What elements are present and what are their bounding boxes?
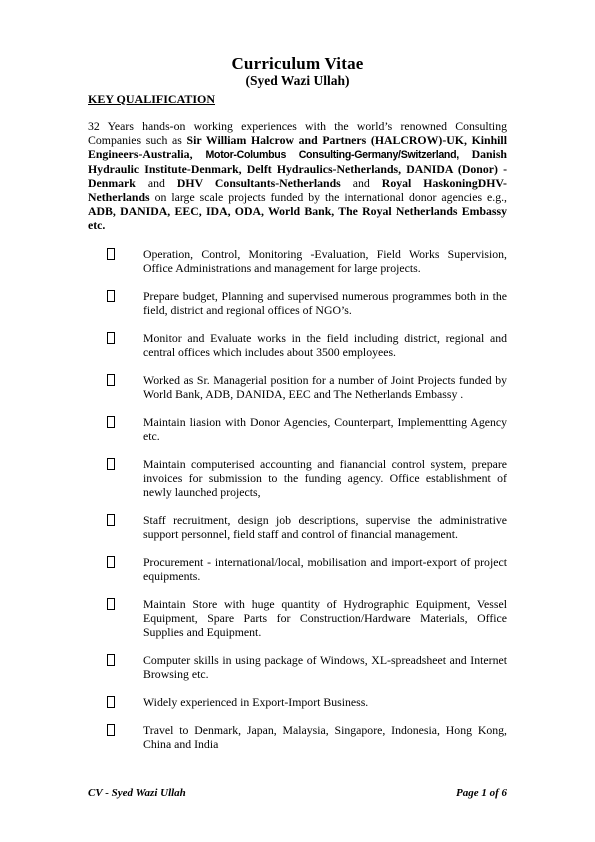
bullet-box-icon (107, 556, 115, 568)
intro-segment: Motor-Columbus Consulting-Germany/Switze… (206, 149, 472, 161)
qualification-item: Maintain computerised accounting and fia… (88, 457, 507, 499)
qualification-text: Travel to Denmark, Japan, Malaysia, Sing… (143, 723, 507, 751)
bullet-box-icon (107, 458, 115, 470)
qualification-item: Procurement - international/local, mobil… (88, 555, 507, 583)
document-title: Curriculum Vitae (88, 54, 507, 73)
qualification-item: Staff recruitment, design job descriptio… (88, 513, 507, 541)
intro-segment: ADB, DANIDA, EEC, IDA, ODA, World Bank, … (88, 204, 507, 232)
page-footer: CV - Syed Wazi Ullah Page 1 of 6 (88, 787, 507, 800)
bullet-box-icon (107, 248, 115, 260)
bullet-box-icon (107, 598, 115, 610)
qualification-text: Procurement - international/local, mobil… (143, 555, 507, 583)
qualification-text: Staff recruitment, design job descriptio… (143, 513, 507, 541)
qualification-text: Widely experienced in Export-Import Busi… (143, 695, 368, 709)
qualification-text: Operation, Control, Monitoring -Evaluati… (143, 247, 507, 275)
qualification-text: Maintain computerised accounting and fia… (143, 457, 507, 499)
intro-segment: and (341, 176, 382, 190)
qualification-item: Operation, Control, Monitoring -Evaluati… (88, 247, 507, 275)
cv-page: Curriculum Vitae (Syed Wazi Ullah) KEY Q… (0, 0, 595, 842)
qualification-text: Prepare budget, Planning and supervised … (143, 289, 507, 317)
qualification-item: Monitor and Evaluate works in the field … (88, 331, 507, 359)
footer-document-label: CV - Syed Wazi Ullah (88, 787, 186, 800)
footer-page-number: Page 1 of 6 (456, 787, 507, 800)
section-heading: KEY QUALIFICATION (88, 92, 507, 107)
qualification-text: Computer skills in using package of Wind… (143, 653, 507, 681)
qualification-item: Worked as Sr. Managerial position for a … (88, 373, 507, 401)
intro-segment: on large scale projects funded by the in… (150, 190, 507, 204)
qualification-text: Maintain liasion with Donor Agencies, Co… (143, 415, 507, 443)
qualification-item: Travel to Denmark, Japan, Malaysia, Sing… (88, 723, 507, 751)
bullet-box-icon (107, 416, 115, 428)
qualification-item: Computer skills in using package of Wind… (88, 653, 507, 681)
bullet-box-icon (107, 332, 115, 344)
bullet-box-icon (107, 696, 115, 708)
intro-paragraph: 32 Years hands-on working experiences wi… (88, 119, 507, 232)
qualification-text: Worked as Sr. Managerial position for a … (143, 373, 507, 401)
qualification-text: Monitor and Evaluate works in the field … (143, 331, 507, 359)
qualification-item: Maintain liasion with Donor Agencies, Co… (88, 415, 507, 443)
bullet-box-icon (107, 514, 115, 526)
intro-segment: and (136, 176, 177, 190)
bullet-box-icon (107, 290, 115, 302)
bullet-box-icon (107, 374, 115, 386)
bullet-box-icon (107, 654, 115, 666)
intro-segment: DHV Consultants-Netherlands (177, 176, 341, 190)
qualification-item: Widely experienced in Export-Import Busi… (88, 695, 507, 709)
qualification-list: Operation, Control, Monitoring -Evaluati… (88, 247, 507, 751)
document-subtitle: (Syed Wazi Ullah) (88, 73, 507, 89)
qualification-item: Prepare budget, Planning and supervised … (88, 289, 507, 317)
qualification-item: Maintain Store with huge quantity of Hyd… (88, 597, 507, 639)
qualification-text: Maintain Store with huge quantity of Hyd… (143, 597, 507, 639)
bullet-box-icon (107, 724, 115, 736)
